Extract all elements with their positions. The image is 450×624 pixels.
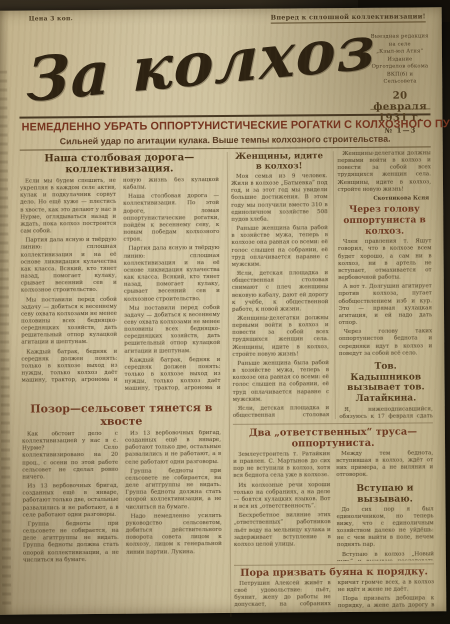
two-cowards-right-col: Между тем беднота, вступившая в колхоз, … [336,450,434,561]
body-paragraph: Мы поставили перед собой задачу — добить… [21,296,117,347]
article-over-head-headline: Через голову оппортуниста в колхоз. [338,204,432,237]
page-columns: Наша столбовая дорога—коллективизация. Е… [20,150,435,618]
masthead-row: За колхоз Выездная редакция на селе „Кзы… [19,25,431,112]
article-rowdy: Пора призвать буяна к порядку. Петрушин … [234,563,434,617]
body-paragraph: До сих пор я был единоличником, но тепер… [337,506,434,550]
article-join-body: До сих пор я был единоличником, но тепер… [337,506,434,562]
women-column: Женщины, идите в колхоз! Моя семья из 9 … [231,151,330,420]
upper-right-columns: Женщины, идите в колхоз! Моя семья из 9 … [231,150,433,420]
price-label: Цена 3 коп. [29,15,73,22]
article-two-cowards-headline: Два „ответственных“ труса—оппортуниста. [233,422,433,450]
body-paragraph: Группа бедноты при сельсовете не собирае… [23,521,119,565]
body-paragraph: Бесхребетное виляние этих „ответственных… [234,512,331,549]
body-paragraph: Ясли, детская площадка и общественная ст… [233,405,330,420]
article-shame-body: Как обстоит дело с коллективизацией у на… [22,430,222,604]
body-paragraph: Между тем беднота, вступившая в колхоз, … [336,450,433,479]
left-column-region: Наша столбовая дорога—коллективизация. Е… [20,152,223,619]
article-join-challenge: Вступаю и вызываю. До сих пор я был един… [336,482,434,562]
imprint-line: „Кзыл-юл Атня“ [370,48,430,56]
body-paragraph: Партия дала ясную и твёрдую линию: сплош… [123,245,219,303]
body-paragraph: Член правления т. Яшут говорил, что в ко… [338,239,432,283]
two-cowards-right-text: Между тем беднота, вступившая в колхоз, … [336,450,433,479]
body-paragraph: Группа бедноты при сельсовете не собирае… [125,468,221,512]
article-over-head: Через голову оппортуниста в колхоз. Член… [338,204,433,358]
sub-headline: Сильней удар по агитации кулака. Выше те… [20,133,431,150]
article-main-road-body: Если мы будем спешить, не укрепляя в каж… [20,177,221,398]
article-women-headline: Женщины, идите в колхоз! [231,151,328,172]
body-paragraph: Наша столбовая дорога — коллективизация.… [123,193,219,244]
article-women-body: Моя семья из 9 человек. Жили в колхозе „… [231,173,330,420]
article-shame-headline: Позор—сельсовет тянется в хвосте [22,401,221,429]
body-paragraph: Раньше женщина была рабой в хозяйстве му… [232,360,329,404]
main-headline: НЕМЕДЛЕННО УБРАТЬ ОППОРТУНИСТИЧЕСКИЕ РОГ… [22,118,429,133]
article-two-cowards: Два „ответственных“ труса—оппортуниста. … [233,422,434,562]
two-cowards-columns: Землеустроитель т. Ратайкин и правлен. С… [233,450,434,562]
imprint-line: ВКП(б) и Сельсовета [370,71,430,87]
body-paragraph: А вот т. Долгушин агитирует против колхо… [338,284,432,328]
body-paragraph: Землеустроитель т. Ратайкин и правлен. С… [233,451,330,480]
body-paragraph: Вступаю в колхоз „Новый путь“ и вызываю … [337,551,434,562]
body-paragraph: Как обстоит дело с коллективизацией у на… [22,431,118,482]
body-paragraph: Раньше женщина была рабой в хозяйстве му… [231,225,328,269]
imprint-box: Выездная редакция на селе „Кзыл-юл Атня“… [369,25,430,109]
article-kadyshnikov: Тов. Кадышников вызывает тов. Латайкина.… [339,361,433,420]
right-column-region: Женщины, идите в колхоз! Моя семья из 9 … [227,150,435,617]
article-main-road: Наша столбовая дорога—коллективизация. Е… [20,152,221,398]
article-rowdy-headline: Пора призвать буяна к порядку. [234,563,434,579]
body-paragraph: Ясли, детская площадка и общественная ст… [232,270,329,314]
newspaper-scan: Цена 3 коп. Вперед к сплошной коллективи… [0,0,450,624]
article-women-continuation: Женщины-делегатки должны первыми войти в… [337,150,431,194]
body-paragraph: Женщины-делегатки должны первыми войти в… [337,150,431,194]
women-byline: Скотникова Ксня [338,195,430,202]
body-paragraph: Если мы будем спешить, не укрепляя в каж… [20,178,116,236]
body-paragraph: Женщины-делегатки должны первыми войти в… [232,315,329,359]
newspaper-page: Цена 3 коп. Вперед к сплошной коллективи… [0,7,446,614]
body-paragraph: Моя семья из 9 человек. Жили в колхозе „… [231,173,328,224]
imprint-line: Издание Орготделов обкома [370,56,430,72]
body-paragraph: Партия дала ясную и твёрдую линию: сплош… [20,237,116,295]
body-paragraph: Из 13 вербовочных бригад, созданных ещё … [125,430,221,467]
article-main-road-headline: Наша столбовая дорога—коллективизация. [20,152,219,176]
body-paragraph: Из 13 вербовочных бригад, созданных ещё … [22,483,118,520]
imprint-line: Выездная редакция на селе [369,33,429,49]
article-kadyshnikov-headline: Тов. Кадышников вызывает тов. Латайкина. [339,361,433,405]
article-rowdy-body: Петрушин Алексей живёт в своё удовольств… [234,579,434,617]
article-women: Женщины, идите в колхоз! Моя семья из 9 … [231,151,330,420]
two-cowards-left-col: Землеустроитель т. Ратайкин и правлен. С… [233,451,331,562]
body-paragraph: Мы поставили перед собой задачу — добить… [124,305,220,356]
article-kadyshnikov-body: Я, нижеподписавшийся, обязуюсь к 17 февр… [339,406,433,420]
body-paragraph: Я, нижеподписавшийся, обязуюсь к 17 февр… [339,406,433,420]
fourth-column: Женщины-делегатки должны первыми войти в… [333,150,433,419]
article-shame-selsoviet: Позор—сельсовет тянется в хвосте Как обс… [22,401,223,604]
body-paragraph: Через голову таких оппортунистов беднота… [339,329,433,358]
article-join-headline: Вступаю и вызываю. [336,482,433,505]
article-over-head-body: Член правления т. Яшут говорил, что в ко… [338,239,432,358]
body-paragraph: Их колхозные речи хороши только на собра… [233,482,330,511]
body-paragraph: Надо немедленно усилить руководство сель… [126,513,222,557]
page-edge-artifacts [0,71,11,605]
